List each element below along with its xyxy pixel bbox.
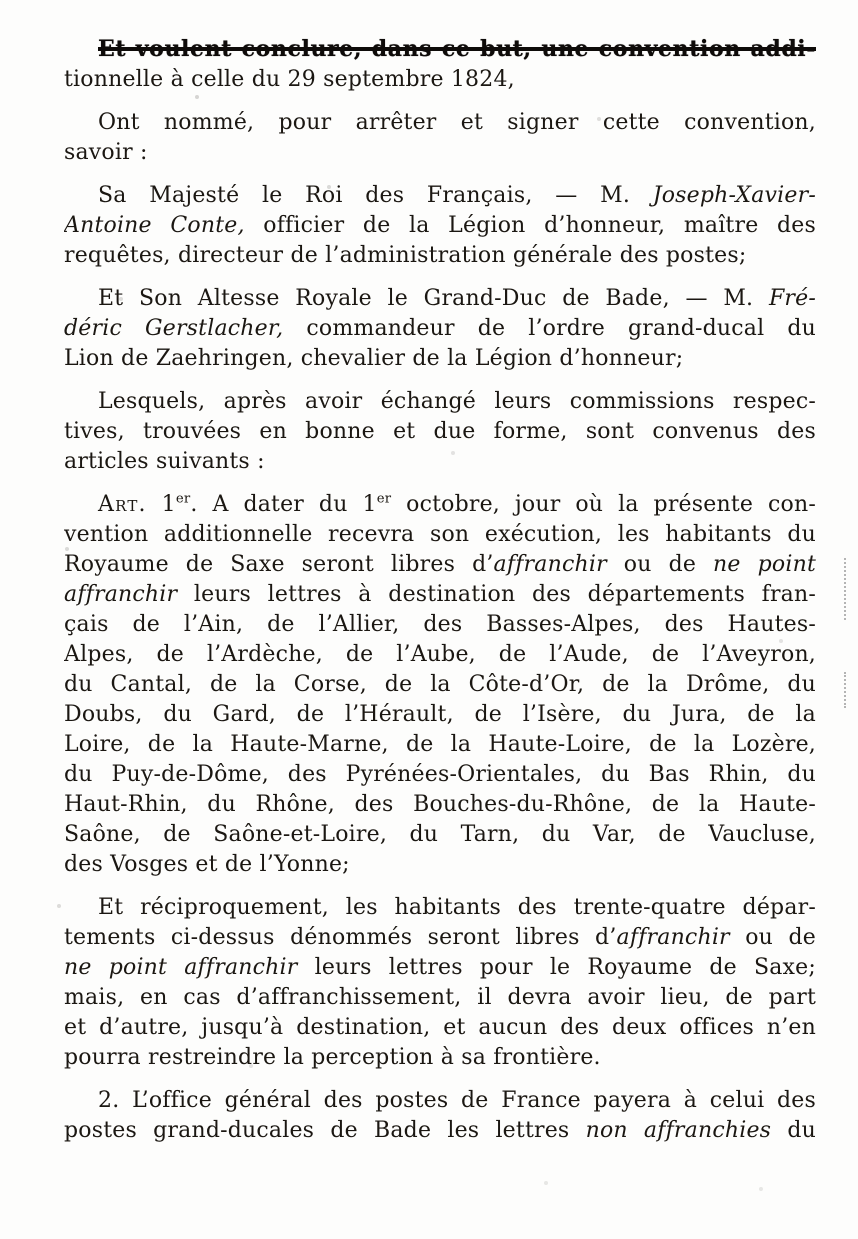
- text-segment: Alpes, de l’Ardèche, de l’Aube, de l’Aud…: [64, 642, 816, 667]
- text-segment: octobre, jour où la présente con-: [391, 492, 816, 517]
- text-line: Sa Majesté le Roi des Français, — M. Jos…: [64, 181, 816, 211]
- text-line: du Cantal, de la Corse, de la Côte-d’Or,…: [64, 670, 816, 700]
- text-segment: Loire, de la Haute-Marne, de la Haute-Lo…: [64, 732, 816, 757]
- text-segment: savoir :: [64, 140, 148, 165]
- text-line: Doubs, du Gard, de l’Hérault, de l’Isère…: [64, 700, 816, 730]
- paragraph: Ont nommé, pour arrêter et signer cette …: [64, 108, 816, 168]
- text-segment: officier de la Légion d’honneur, maître …: [245, 213, 816, 238]
- text-line: Et Son Altesse Royale le Grand-Duc de Ba…: [64, 284, 816, 314]
- paper-speckles: [0, 0, 2, 2]
- text-line: Lion de Zaehringen, chevalier de la Légi…: [64, 344, 816, 374]
- scan-edge-artifact: [844, 558, 846, 620]
- text-line: 2. L’office général des postes de France…: [64, 1086, 816, 1116]
- scanned-document-page: Et voulent conclure, dans ce but, une co…: [0, 0, 858, 1239]
- text-segment: requêtes, directeur de l’administration …: [64, 243, 746, 268]
- text-line: Lesquels, après avoir échangé leurs comm…: [64, 387, 816, 417]
- text-line: des Vosges et de l’Yonne;: [64, 850, 816, 880]
- text-segment: Royaume de Saxe seront libres d’: [64, 552, 494, 577]
- text-line: tionnelle à celle du 29 septembre 1824,: [64, 65, 816, 95]
- paragraph: Et Son Altesse Royale le Grand-Duc de Ba…: [64, 284, 816, 374]
- text-line: articles suivants :: [64, 447, 816, 477]
- paragraph: Et réciproquement, les habitants des tre…: [64, 893, 816, 1073]
- text-segment: Lesquels, après avoir échangé leurs comm…: [98, 389, 816, 414]
- text-line: et d’autre, jusqu’à destination, et aucu…: [64, 1013, 816, 1043]
- text-segment: du: [771, 1118, 816, 1143]
- text-segment: leurs lettres à destination des départem…: [177, 582, 816, 607]
- text-line: vention additionnelle recevra son exécut…: [64, 520, 816, 550]
- text-segment: et d’autre, jusqu’à destination, et aucu…: [64, 1015, 816, 1040]
- text-segment: tives, trouvées en bonne et due forme, s…: [64, 419, 816, 444]
- text-segment: leurs lettres pour le Royaume de Saxe;: [297, 955, 816, 980]
- italic-text-segment: Joseph-Xavier-: [653, 183, 816, 208]
- paragraph: Art. 1er. A dater du 1er octobre, jour o…: [64, 490, 816, 880]
- text-line: pourra restreindre la perception à sa fr…: [64, 1043, 816, 1073]
- text-line: çais de l’Ain, de l’Allier, des Basses-A…: [64, 610, 816, 640]
- text-line: savoir :: [64, 138, 816, 168]
- text-segment: çais de l’Ain, de l’Allier, des Basses-A…: [64, 612, 816, 637]
- text-segment: 2. L’office général des postes de France…: [98, 1088, 816, 1113]
- italic-text-segment: ne point: [713, 552, 816, 577]
- text-line: Loire, de la Haute-Marne, de la Haute-Lo…: [64, 730, 816, 760]
- text-line: Et voulent conclure, dans ce but, une co…: [64, 34, 816, 65]
- paragraph: Lesquels, après avoir échangé leurs comm…: [64, 387, 816, 477]
- text-segment: commandeur de l’ordre grand-ducal du: [283, 316, 816, 341]
- italic-text-segment: affranchir: [64, 582, 177, 607]
- struck-bold-text-segment: Et voulent conclure, dans ce but, une co…: [98, 36, 816, 62]
- text-segment: pourra restreindre la perception à sa fr…: [64, 1045, 601, 1070]
- italic-text-segment: non affranchies: [586, 1118, 772, 1143]
- text-line: requêtes, directeur de l’administration …: [64, 241, 816, 271]
- text-line: ne point affranchir leurs lettres pour l…: [64, 953, 816, 983]
- text-line: déric Gerstlacher, commandeur de l’ordre…: [64, 314, 816, 344]
- text-line: Ont nommé, pour arrêter et signer cette …: [64, 108, 816, 138]
- text-segment: 1: [147, 492, 176, 517]
- smallcaps-text-segment: Art.: [98, 492, 147, 517]
- text-line: Alpes, de l’Ardèche, de l’Aube, de l’Aud…: [64, 640, 816, 670]
- text-segment: Lion de Zaehringen, chevalier de la Légi…: [64, 346, 683, 371]
- text-segment: vention additionnelle recevra son exécut…: [64, 522, 816, 547]
- italic-text-segment: Fré-: [769, 286, 816, 311]
- text-line: du Puy-de-Dôme, des Pyrénées-Orientales,…: [64, 760, 816, 790]
- text-line: affranchir leurs lettres à destination d…: [64, 580, 816, 610]
- text-line: Haut-Rhin, du Rhône, des Bouches-du-Rhôn…: [64, 790, 816, 820]
- text-segment: postes grand-ducales de Bade les lettres: [64, 1118, 586, 1143]
- text-segment: des Vosges et de l’Yonne;: [64, 852, 350, 877]
- text-segment: Haut-Rhin, du Rhône, des Bouches-du-Rhôn…: [64, 792, 816, 817]
- text-segment: tionnelle à celle du 29 septembre 1824,: [64, 67, 515, 92]
- text-segment: tements ci-dessus dénommés seront libres…: [64, 925, 617, 950]
- text-line: tements ci-dessus dénommés seront libres…: [64, 923, 816, 953]
- text-line: postes grand-ducales de Bade les lettres…: [64, 1116, 816, 1146]
- text-segment: . A dater du 1: [190, 492, 376, 517]
- text-segment: ou de: [730, 925, 816, 950]
- text-segment: articles suivants :: [64, 449, 265, 474]
- italic-text-segment: Antoine Conte,: [64, 213, 245, 238]
- italic-text-segment: déric Gerstlacher,: [64, 316, 283, 341]
- text-segment: mais, en cas d’affranchissement, il devr…: [64, 985, 816, 1010]
- text-segment: Saône, de Saône-et-Loire, du Tarn, du Va…: [64, 822, 816, 847]
- italic-text-segment: affranchir: [494, 552, 607, 577]
- italic-text-segment: ne point affranchir: [64, 955, 297, 980]
- text-segment: Sa Majesté le Roi des Français, — M.: [98, 183, 653, 208]
- text-segment: Et réciproquement, les habitants des tre…: [98, 895, 816, 920]
- text-segment: du Cantal, de la Corse, de la Côte-d’Or,…: [64, 672, 816, 697]
- text-line: Art. 1er. A dater du 1er octobre, jour o…: [64, 490, 816, 520]
- text-segment: du Puy-de-Dôme, des Pyrénées-Orientales,…: [64, 762, 816, 787]
- text-line: tives, trouvées en bonne et due forme, s…: [64, 417, 816, 447]
- text-segment: Et Son Altesse Royale le Grand-Duc de Ba…: [98, 286, 769, 311]
- text-block: Et voulent conclure, dans ce but, une co…: [64, 34, 816, 1146]
- paragraph: Sa Majesté le Roi des Français, — M. Jos…: [64, 181, 816, 271]
- text-segment: ou de: [607, 552, 713, 577]
- text-segment: Ont nommé, pour arrêter et signer cette …: [98, 110, 816, 135]
- italic-text-segment: affranchir: [617, 925, 730, 950]
- scan-edge-artifact: [844, 672, 846, 708]
- superscript-text-segment: er: [176, 492, 191, 507]
- text-line: mais, en cas d’affranchissement, il devr…: [64, 983, 816, 1013]
- paragraph: Et voulent conclure, dans ce but, une co…: [64, 34, 816, 95]
- text-segment: Doubs, du Gard, de l’Hérault, de l’Isère…: [64, 702, 816, 727]
- superscript-text-segment: er: [377, 492, 392, 507]
- text-line: Antoine Conte, officier de la Légion d’h…: [64, 211, 816, 241]
- text-line: Et réciproquement, les habitants des tre…: [64, 893, 816, 923]
- paragraph: 2. L’office général des postes de France…: [64, 1086, 816, 1146]
- text-line: Royaume de Saxe seront libres d’affranch…: [64, 550, 816, 580]
- text-line: Saône, de Saône-et-Loire, du Tarn, du Va…: [64, 820, 816, 850]
